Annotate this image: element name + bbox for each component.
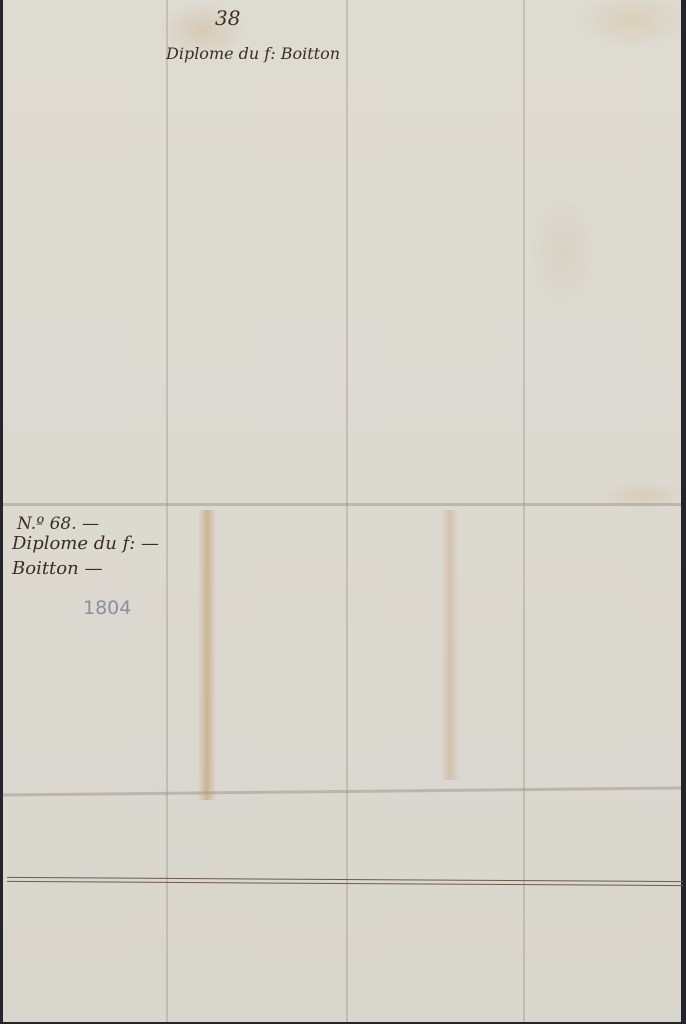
fold-line-horizontal <box>3 503 681 506</box>
side-docket-line2: Diplome du f: — <box>12 533 159 554</box>
fold-line-vertical <box>523 0 525 1022</box>
side-docket-line3: Boitton — <box>12 558 102 579</box>
fold-line-vertical <box>166 0 168 1022</box>
manuscript-sheet: 38 Diplome du f: Boitton N.º 68. — Diplo… <box>3 0 681 1022</box>
docket-number: 38 <box>215 6 240 30</box>
ruled-line <box>7 881 683 886</box>
fold-line-vertical <box>346 0 348 1022</box>
fold-line-horizontal <box>3 786 681 796</box>
water-stain <box>198 510 216 800</box>
side-docket-line1: N.º 68. — <box>17 514 99 534</box>
docket-title: Diplome du f: Boitton <box>166 44 340 63</box>
pencil-year: 1804 <box>83 597 131 619</box>
water-stain <box>441 510 459 780</box>
